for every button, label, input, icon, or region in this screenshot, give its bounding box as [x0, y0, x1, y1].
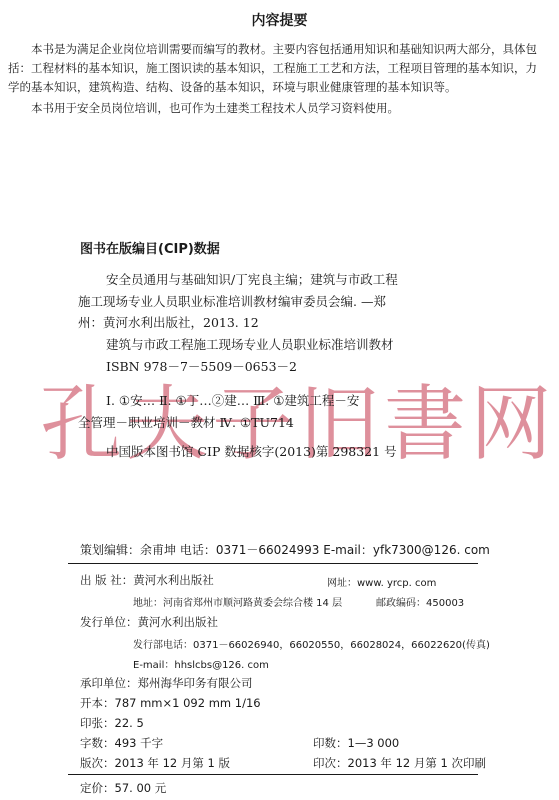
price: 定价：57. 00 元: [80, 780, 166, 796]
editor-line: 策划编辑：余甫坤 电话：0371－66024993 E-mail：yfk7300…: [80, 541, 490, 558]
word-count: 字数：493 千字: [80, 735, 163, 751]
summary-paragraph-2: 本书用于安全员岗位培训，也可作为土建类工程技术人员学习资料使用。: [31, 99, 559, 118]
cip-record-number: 中国版本图书馆 CIP 数据核字(2013)第 298321 号: [106, 442, 397, 460]
cip-series: 建筑与市政工程施工现场专业人员职业标准培训教材: [106, 335, 394, 353]
cip-classification-2: 全管理－职业培训－教材 Ⅳ. ①TU714: [78, 413, 294, 431]
website: 网址：www. yrcp. com: [327, 574, 436, 589]
printing: 印次：2013 年 12 月第 1 次印刷: [313, 755, 486, 771]
cip-heading: 图书在版编目(CIP)数据: [80, 238, 220, 257]
cip-line-3: 州：黄河水利出版社，2013. 12: [78, 313, 259, 331]
address: 地址：河南省郑州市顺河路黄委会综合楼 14 层: [133, 594, 342, 609]
cip-line-2: 施工现场专业人员职业标准培训教材编审委员会编. —郑: [78, 292, 386, 310]
divider-top: [68, 563, 478, 564]
distribution-email: E-mail：hhslcbs@126. com: [133, 656, 269, 671]
cip-isbn: ISBN 978－7－5509－0653－2: [106, 357, 297, 375]
sheets: 印张：22. 5: [80, 715, 144, 731]
distribution-phone: 发行部电话：0371－66026940，66020550，66028024，66…: [133, 636, 490, 651]
cip-classification-1: Ⅰ. ①安… Ⅱ. ①丁…②建… Ⅲ. ①建筑工程－安: [106, 391, 359, 409]
postcode: 邮政编码：450003: [376, 594, 464, 609]
printer: 承印单位：郑州海华印务有限公司: [80, 675, 253, 691]
edition: 版次：2013 年 12 月第 1 版: [80, 755, 230, 771]
format: 开本：787 mm×1 092 mm 1/16: [80, 695, 261, 711]
summary-paragraph-1: 本书是为满足企业岗位培训需要而编写的教材。主要内容包括通用知识和基础知识两大部分…: [8, 40, 548, 97]
print-run: 印数：1—3 000: [313, 735, 399, 751]
divider-bottom: [68, 774, 478, 775]
publisher: 出 版 社：黄河水利出版社: [80, 572, 214, 588]
cip-line-1: 安全员通用与基础知识/丁宪良主编；建筑与市政工程: [106, 270, 398, 288]
distributor: 发行单位：黄河水利出版社: [80, 614, 218, 630]
summary-title: 内容提要: [0, 10, 559, 30]
